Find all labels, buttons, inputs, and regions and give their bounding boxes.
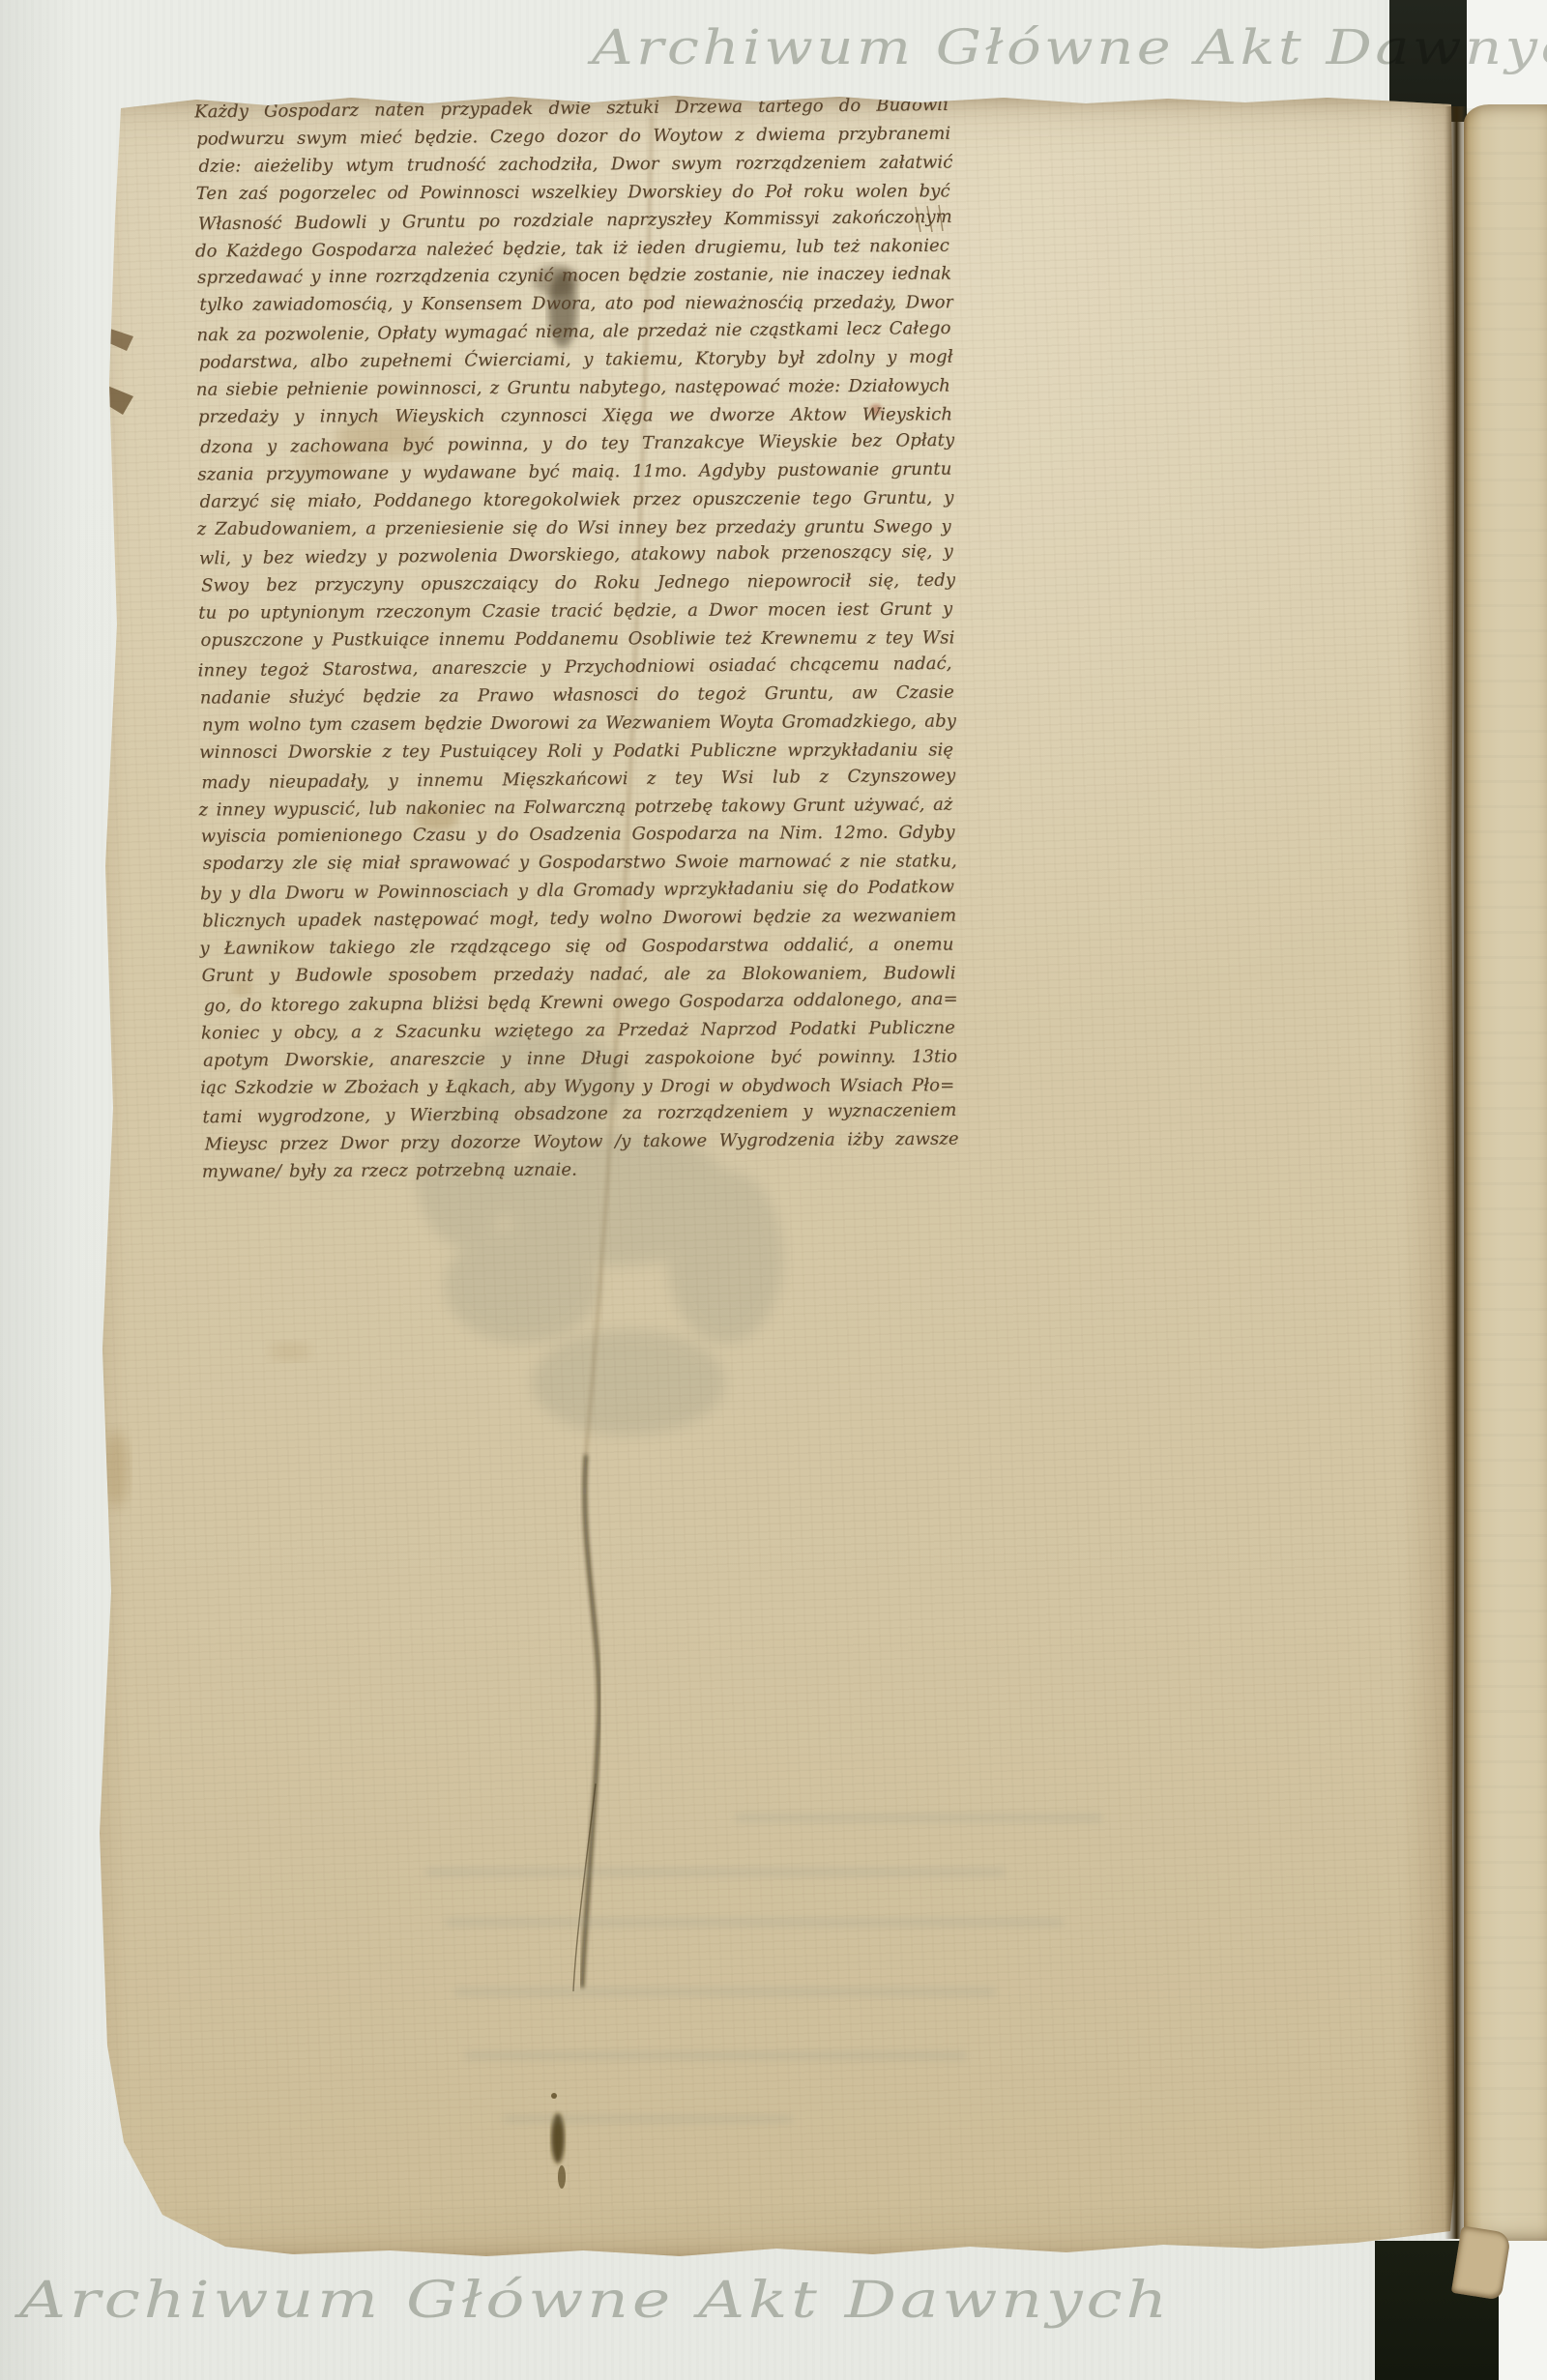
binding-gap — [1445, 106, 1468, 2239]
watermark-top: Archiwum Główne Akt Dawnych — [592, 19, 1547, 75]
bleedthrough-writing — [425, 1814, 1102, 2123]
watermark-bottom: Archiwum Główne Akt Dawnych — [19, 2272, 1171, 2330]
manuscript-line: na siebie pełnienie powinnosci, z Gruntu… — [196, 372, 950, 405]
thread-crease — [573, 1455, 599, 1991]
manuscript-line: dzie: aieżeliby wtym trudność zachodziła… — [198, 148, 952, 181]
manuscript-line: y Ławnikow takiego zle rządzącego się od… — [199, 931, 953, 964]
manuscript-page: Każdy Gospodarz naten przypadek dwie szt… — [71, 93, 1457, 2264]
ink-blot — [551, 2093, 566, 2189]
manuscript-text-block: Każdy Gospodarz naten przypadek dwie szt… — [196, 92, 967, 1208]
adjacent-folio-edge — [1464, 104, 1547, 2241]
manuscript-line: nym wolno tym czasem będzie Dworowi za W… — [202, 707, 956, 740]
scan-background: Każdy Gospodarz naten przypadek dwie szt… — [0, 0, 1547, 2380]
manuscript-line: mywane/ były za rzecz potrzebną uznaie. — [202, 1154, 956, 1187]
manuscript-line: apotym Dworskie, anareszcie y inne Długi… — [203, 1042, 957, 1075]
manuscript-line: darzyć się miało, Poddanego ktoregokolwi… — [199, 483, 953, 516]
paper-fragment — [1451, 2225, 1511, 2300]
edge-tears — [98, 327, 133, 415]
